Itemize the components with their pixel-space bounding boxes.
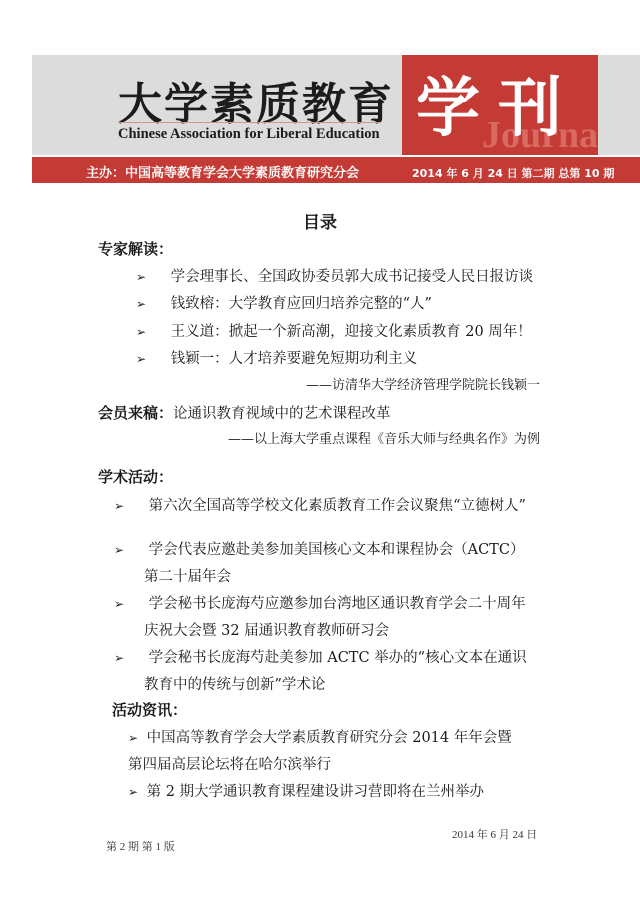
journal-block: Journal 学刊 (402, 55, 598, 155)
section-heading-member: 会员来稿： (98, 404, 173, 422)
toc-item[interactable]: ➢ 钱颖一：人才培养要避免短期功利主义 (136, 347, 417, 368)
toc-item[interactable]: ➢ 第 2 期大学通识教育课程建设讲习营即将在兰州举办 (128, 780, 484, 801)
bullet-arrow-icon: ➢ (128, 731, 140, 745)
footer-page: 第 2 期 第 1 版 (106, 838, 175, 854)
toc-item-continuation: 庆祝大会暨 32 届通识教育教师研习会 (144, 619, 389, 640)
bullet-arrow-icon: ➢ (114, 597, 126, 611)
toc-item[interactable]: ➢ 第六次全国高等学校文化素质教育工作会议聚焦“立德树人” (114, 494, 526, 515)
footer-date: 2014 年 6 月 24 日 (452, 826, 537, 842)
bullet-arrow-icon: ➢ (114, 651, 126, 665)
toc-item[interactable]: ➢ 学会秘书长庞海芍赴美参加 ACTC 举办的“核心文本在通识 (114, 646, 527, 667)
toc-title: 目录 (0, 208, 640, 233)
toc-item[interactable]: ➢ 学会代表应邀赴美参加美国核心文本和课程协会（ACTC） (114, 538, 524, 559)
toc-item[interactable]: ➢ 钱致榕：大学教育应回归培养完整的“人” (136, 292, 432, 313)
toc-item-continuation: 第二十届年会 (144, 565, 231, 586)
bullet-arrow-icon: ➢ (114, 499, 126, 513)
byline: ——访清华大学经济管理学院院长钱颖一 (306, 374, 540, 393)
toc-item[interactable]: ➢ 中国高等教育学会大学素质教育研究分会 2014 年年会暨 (128, 726, 512, 747)
section-heading-news: 活动资讯： (112, 699, 187, 720)
toc-item[interactable]: ➢ 王义道：掀起一个新高潮，迎接文化素质教育 20 周年！ (136, 320, 532, 341)
issue-info: 2014 年 6 月 24 日 第二期 总第 10 期 (412, 165, 614, 181)
bullet-arrow-icon: ➢ (128, 785, 140, 799)
bullet-arrow-icon: ➢ (136, 325, 148, 339)
bullet-arrow-icon: ➢ (136, 297, 148, 311)
section-heading-academic: 学术活动： (98, 466, 173, 487)
bullet-arrow-icon: ➢ (114, 543, 126, 557)
masthead-divider (118, 122, 380, 123)
bullet-arrow-icon: ➢ (136, 352, 148, 366)
bullet-arrow-icon: ➢ (136, 270, 148, 284)
masthead-subtitle: Chinese Association for Liberal Educatio… (118, 126, 380, 143)
toc-item[interactable]: ➢ 学会秘书长庞海芍应邀参加台湾地区通识教育学会二十周年 (114, 592, 526, 613)
toc-item-continuation: 教育中的传统与创新”学术论 (144, 673, 325, 694)
toc-item[interactable]: ➢ 学会理事长、全国政协委员郭大成书记接受人民日报访谈 (136, 265, 533, 286)
toc-item-member[interactable]: 会员来稿：论通识教育视域中的艺术课程改革 (98, 402, 391, 423)
journal-title: 学刊 (416, 57, 580, 149)
section-heading-expert: 专家解读： (98, 238, 173, 259)
toc-item-continuation: 第四届高层论坛将在哈尔滨举行 (128, 753, 331, 774)
byline: ——以上海大学重点课程《音乐大师与经典名作》为例 (228, 428, 540, 447)
sponsor-text: 主办：中国高等教育学会大学素质教育研究分会 (86, 162, 359, 181)
